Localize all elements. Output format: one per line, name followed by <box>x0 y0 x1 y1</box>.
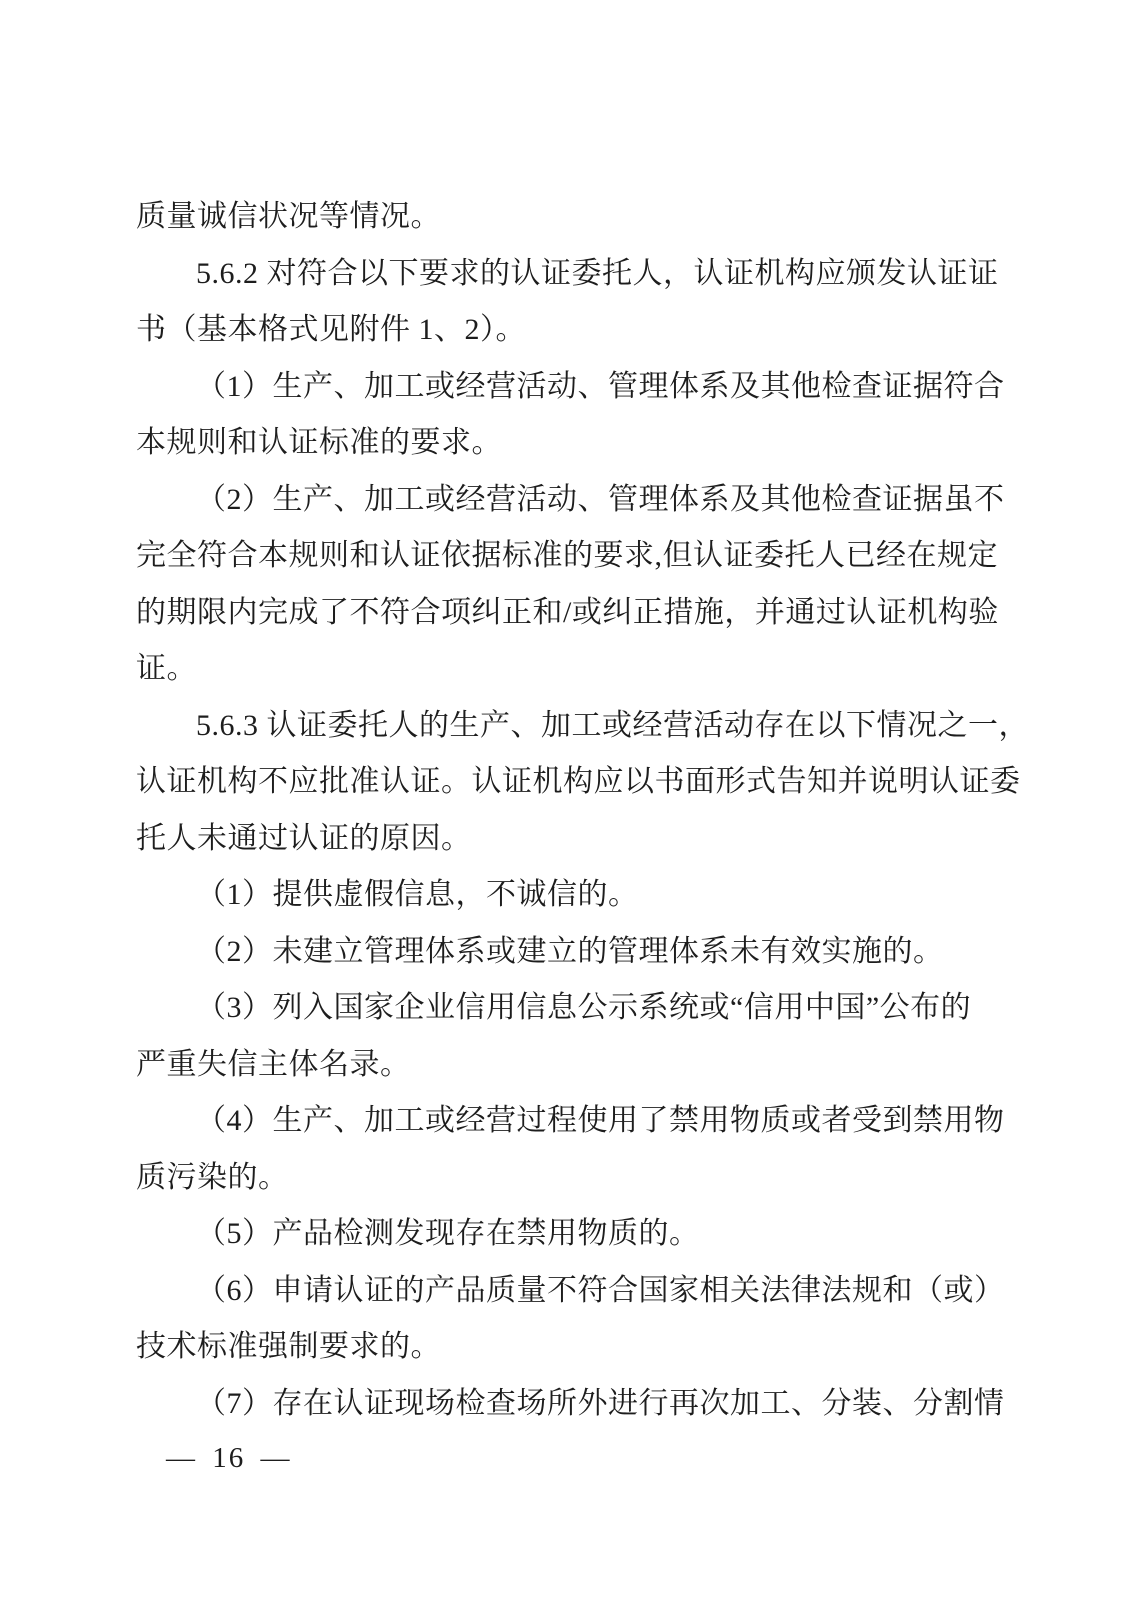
text-line: （6）申请认证的产品质量不符合国家相关法律法规和（或） <box>136 1263 1016 1320</box>
text-line: （7）存在认证现场检查场所外进行再次加工、分装、分割情 <box>136 1376 1016 1433</box>
page-footer: — 16 — <box>166 1438 292 1478</box>
text-line: （4）生产、加工或经营过程使用了禁用物质或者受到禁用物 <box>136 1093 1016 1150</box>
text-line: （3）列入国家企业信用信息公示系统或“信用中国”公布的 <box>136 980 1016 1037</box>
text-line: 的期限内完成了不符合项纠正和/或纠正措施，并通过认证机构验 <box>136 585 1016 642</box>
page-number: — 16 — <box>166 1442 292 1474</box>
text-line: 完全符合本规则和认证依据标准的要求,但认证委托人已经在规定 <box>136 528 1016 585</box>
text-line: 书（基本格式见附件 1、2）。 <box>136 302 1016 359</box>
text-line: 质污染的。 <box>136 1150 1016 1207</box>
text-line: 认证机构不应批准认证。认证机构应以书面形式告知并说明认证委 <box>136 754 1016 811</box>
text-line: 严重失信主体名录。 <box>136 1037 1016 1094</box>
document-body: 质量诚信状况等情况。5.6.2 对符合以下要求的认证委托人，认证机构应颁发认证证… <box>136 189 1016 1432</box>
text-line: （2）未建立管理体系或建立的管理体系未有效实施的。 <box>136 924 1016 981</box>
text-line: 托人未通过认证的原因。 <box>136 811 1016 868</box>
text-line: （1）提供虚假信息，不诚信的。 <box>136 867 1016 924</box>
text-line: 本规则和认证标准的要求。 <box>136 415 1016 472</box>
text-line: 技术标准强制要求的。 <box>136 1319 1016 1376</box>
document-page: 质量诚信状况等情况。5.6.2 对符合以下要求的认证委托人，认证机构应颁发认证证… <box>0 0 1131 1600</box>
text-line: （5）产品检测发现存在禁用物质的。 <box>136 1206 1016 1263</box>
text-line: 5.6.3 认证委托人的生产、加工或经营活动存在以下情况之一， <box>136 698 1016 755</box>
text-line: （1）生产、加工或经营活动、管理体系及其他检查证据符合 <box>136 359 1016 416</box>
text-line: （2）生产、加工或经营活动、管理体系及其他检查证据虽不 <box>136 472 1016 529</box>
text-line: 质量诚信状况等情况。 <box>136 189 1016 246</box>
text-line: 证。 <box>136 641 1016 698</box>
text-line: 5.6.2 对符合以下要求的认证委托人，认证机构应颁发认证证 <box>136 246 1016 303</box>
